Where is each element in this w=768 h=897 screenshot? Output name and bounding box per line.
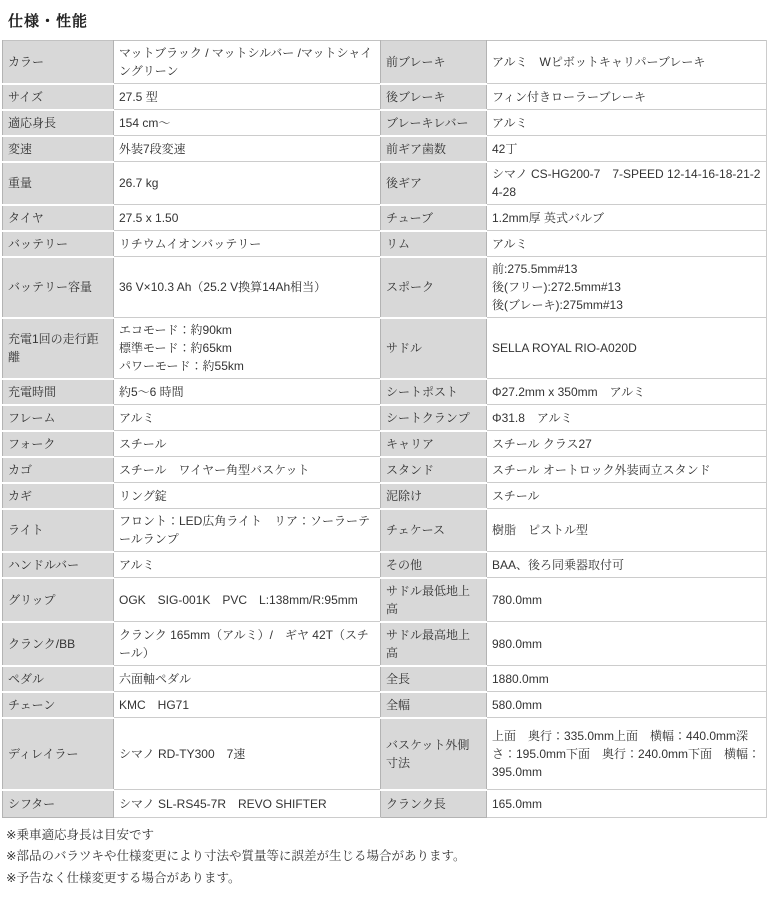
page-title: 仕様・性能	[8, 10, 766, 31]
notes: ※乗車適応身長は目安です ※部品のバラツキや仕様変更により寸法や質量等に誤差が生…	[6, 825, 766, 889]
spec-value-right: 上面 奥行：335.0mm上面 横幅：440.0mm深さ：195.0mm下面 奥…	[487, 718, 767, 790]
spec-label-left: カギ	[3, 483, 114, 509]
spec-value-right: スチール クラス27	[487, 431, 767, 457]
table-row: カギ リング錠 泥除け スチール	[3, 483, 767, 509]
table-row: ペダル 六面軸ペダル 全長 1880.0mm	[3, 666, 767, 692]
spec-value-left: フロント：LED広角ライト リア：ソーラーテールランプ	[114, 509, 381, 552]
spec-label-left: チェーン	[3, 692, 114, 718]
spec-value-right: 580.0mm	[487, 692, 767, 718]
spec-label-right: 後ブレーキ	[381, 84, 487, 110]
table-row: タイヤ 27.5 x 1.50 チューブ 1.2mm厚 英式バルブ	[3, 205, 767, 231]
spec-label-right: サドル最高地上高	[381, 622, 487, 666]
spec-label-right: シートポスト	[381, 379, 487, 405]
spec-label-left: ペダル	[3, 666, 114, 692]
spec-label-right: 全幅	[381, 692, 487, 718]
spec-label-right: キャリア	[381, 431, 487, 457]
note-line: ※部品のバラツキや仕様変更により寸法や質量等に誤差が生じる場合があります。	[6, 846, 766, 867]
spec-value-left: OGK SIG-001K PVC L:138mm/R:95mm	[114, 578, 381, 622]
spec-label-left: ライト	[3, 509, 114, 552]
spec-value-left: クランク 165mm（アルミ）/ ギヤ 42T（スチール）	[114, 622, 381, 666]
spec-label-left: フォーク	[3, 431, 114, 457]
spec-value-left: 36 V×10.3 Ah（25.2 V換算14Ah相当）	[114, 257, 381, 318]
spec-value-left: エコモード：約90km 標準モード：約65km パワーモード：約55km	[114, 318, 381, 379]
spec-label-left: ハンドルバー	[3, 552, 114, 578]
table-row: カラー マットブラック / マットシルバー /マットシャイングリーン 前ブレーキ…	[3, 41, 767, 84]
spec-value-right: 42丁	[487, 136, 767, 162]
spec-label-left: クランク/BB	[3, 622, 114, 666]
table-row: 変速 外装7段変速 前ギア歯数 42丁	[3, 136, 767, 162]
spec-label-right: その他	[381, 552, 487, 578]
table-row: ライト フロント：LED広角ライト リア：ソーラーテールランプ チェケース 樹脂…	[3, 509, 767, 552]
table-row: サイズ 27.5 型 後ブレーキ フィン付きローラーブレーキ	[3, 84, 767, 110]
spec-value-left: KMC HG71	[114, 692, 381, 718]
note-line: ※予告なく仕様変更する場合があります。	[6, 868, 766, 889]
spec-label-right: ブレーキレバー	[381, 110, 487, 136]
table-row: 重量 26.7 kg 後ギア シマノ CS-HG200-7 7-SPEED 12…	[3, 162, 767, 205]
spec-label-right: シートクランプ	[381, 405, 487, 431]
spec-label-left: 重量	[3, 162, 114, 205]
spec-label-right: スタンド	[381, 457, 487, 483]
spec-label-right: 前ブレーキ	[381, 41, 487, 84]
spec-value-left: シマノ RD-TY300 7速	[114, 718, 381, 790]
spec-label-right: バスケット外側寸法	[381, 718, 487, 790]
spec-label-left: シフター	[3, 790, 114, 818]
spec-label-right: クランク長	[381, 790, 487, 818]
spec-page: 仕様・性能 カラー マットブラック / マットシルバー /マットシャイングリーン…	[0, 0, 768, 897]
table-row: グリップ OGK SIG-001K PVC L:138mm/R:95mm サドル…	[3, 578, 767, 622]
spec-label-right: チューブ	[381, 205, 487, 231]
spec-table-body: カラー マットブラック / マットシルバー /マットシャイングリーン 前ブレーキ…	[3, 41, 767, 818]
spec-label-right: スポーク	[381, 257, 487, 318]
note-line: ※乗車適応身長は目安です	[6, 825, 766, 846]
spec-value-left: リチウムイオンバッテリー	[114, 231, 381, 257]
spec-value-right: 780.0mm	[487, 578, 767, 622]
spec-label-left: 変速	[3, 136, 114, 162]
spec-value-left: 六面軸ペダル	[114, 666, 381, 692]
spec-value-right: スチール	[487, 483, 767, 509]
spec-label-right: サドル	[381, 318, 487, 379]
spec-value-left: 26.7 kg	[114, 162, 381, 205]
spec-label-left: 適応身長	[3, 110, 114, 136]
spec-value-left: 外装7段変速	[114, 136, 381, 162]
spec-value-right: アルミ Wピボットキャリパーブレーキ	[487, 41, 767, 84]
spec-label-right: 前ギア歯数	[381, 136, 487, 162]
table-row: バッテリー容量 36 V×10.3 Ah（25.2 V換算14Ah相当） スポー…	[3, 257, 767, 318]
spec-label-left: グリップ	[3, 578, 114, 622]
spec-label-right: サドル最低地上高	[381, 578, 487, 622]
spec-value-right: SELLA ROYAL RIO-A020D	[487, 318, 767, 379]
spec-value-left: 27.5 型	[114, 84, 381, 110]
spec-value-right: 165.0mm	[487, 790, 767, 818]
table-row: フレーム アルミ シートクランプ Φ31.8 アルミ	[3, 405, 767, 431]
spec-value-right: 樹脂 ピストル型	[487, 509, 767, 552]
spec-value-right: アルミ	[487, 231, 767, 257]
spec-value-left: スチール	[114, 431, 381, 457]
spec-value-left: 154 cm〜	[114, 110, 381, 136]
spec-label-left: バッテリー容量	[3, 257, 114, 318]
spec-value-right: フィン付きローラーブレーキ	[487, 84, 767, 110]
spec-value-left: リング錠	[114, 483, 381, 509]
spec-label-left: 充電時間	[3, 379, 114, 405]
spec-label-right: 全長	[381, 666, 487, 692]
table-row: 充電1回の走行距離 エコモード：約90km 標準モード：約65km パワーモード…	[3, 318, 767, 379]
spec-value-left: シマノ SL-RS45-7R REVO SHIFTER	[114, 790, 381, 818]
spec-value-left: スチール ワイヤー角型バスケット	[114, 457, 381, 483]
spec-label-left: カゴ	[3, 457, 114, 483]
spec-value-left: アルミ	[114, 405, 381, 431]
spec-value-right: 前:275.5mm#13 後(フリー):272.5mm#13 後(ブレーキ):2…	[487, 257, 767, 318]
spec-label-left: タイヤ	[3, 205, 114, 231]
spec-label-left: ディレイラー	[3, 718, 114, 790]
spec-label-right: 泥除け	[381, 483, 487, 509]
spec-value-right: Φ31.8 アルミ	[487, 405, 767, 431]
table-row: 適応身長 154 cm〜 ブレーキレバー アルミ	[3, 110, 767, 136]
table-row: バッテリー リチウムイオンバッテリー リム アルミ	[3, 231, 767, 257]
table-row: 充電時間 約5〜6 時間 シートポスト Φ27.2mm x 350mm アルミ	[3, 379, 767, 405]
spec-value-right: 1880.0mm	[487, 666, 767, 692]
spec-value-right: スチール オートロック外装両立スタンド	[487, 457, 767, 483]
spec-label-right: 後ギア	[381, 162, 487, 205]
spec-value-right: 980.0mm	[487, 622, 767, 666]
spec-label-left: サイズ	[3, 84, 114, 110]
spec-value-right: BAA、後ろ同乗器取付可	[487, 552, 767, 578]
spec-label-left: バッテリー	[3, 231, 114, 257]
table-row: ディレイラー シマノ RD-TY300 7速 バスケット外側寸法 上面 奥行：3…	[3, 718, 767, 790]
spec-label-right: チェケース	[381, 509, 487, 552]
spec-value-right: アルミ	[487, 110, 767, 136]
spec-value-left: アルミ	[114, 552, 381, 578]
table-row: クランク/BB クランク 165mm（アルミ）/ ギヤ 42T（スチール） サド…	[3, 622, 767, 666]
table-row: フォーク スチール キャリア スチール クラス27	[3, 431, 767, 457]
spec-value-left: マットブラック / マットシルバー /マットシャイングリーン	[114, 41, 381, 84]
spec-value-right: シマノ CS-HG200-7 7-SPEED 12-14-16-18-21-24…	[487, 162, 767, 205]
spec-label-left: フレーム	[3, 405, 114, 431]
table-row: カゴ スチール ワイヤー角型バスケット スタンド スチール オートロック外装両立…	[3, 457, 767, 483]
spec-label-left: カラー	[3, 41, 114, 84]
table-row: シフター シマノ SL-RS45-7R REVO SHIFTER クランク長 1…	[3, 790, 767, 818]
spec-value-left: 約5〜6 時間	[114, 379, 381, 405]
spec-label-left: 充電1回の走行距離	[3, 318, 114, 379]
table-row: ハンドルバー アルミ その他 BAA、後ろ同乗器取付可	[3, 552, 767, 578]
spec-value-right: Φ27.2mm x 350mm アルミ	[487, 379, 767, 405]
spec-label-right: リム	[381, 231, 487, 257]
spec-table: カラー マットブラック / マットシルバー /マットシャイングリーン 前ブレーキ…	[2, 40, 767, 818]
spec-value-right: 1.2mm厚 英式バルブ	[487, 205, 767, 231]
spec-value-left: 27.5 x 1.50	[114, 205, 381, 231]
table-row: チェーン KMC HG71 全幅 580.0mm	[3, 692, 767, 718]
